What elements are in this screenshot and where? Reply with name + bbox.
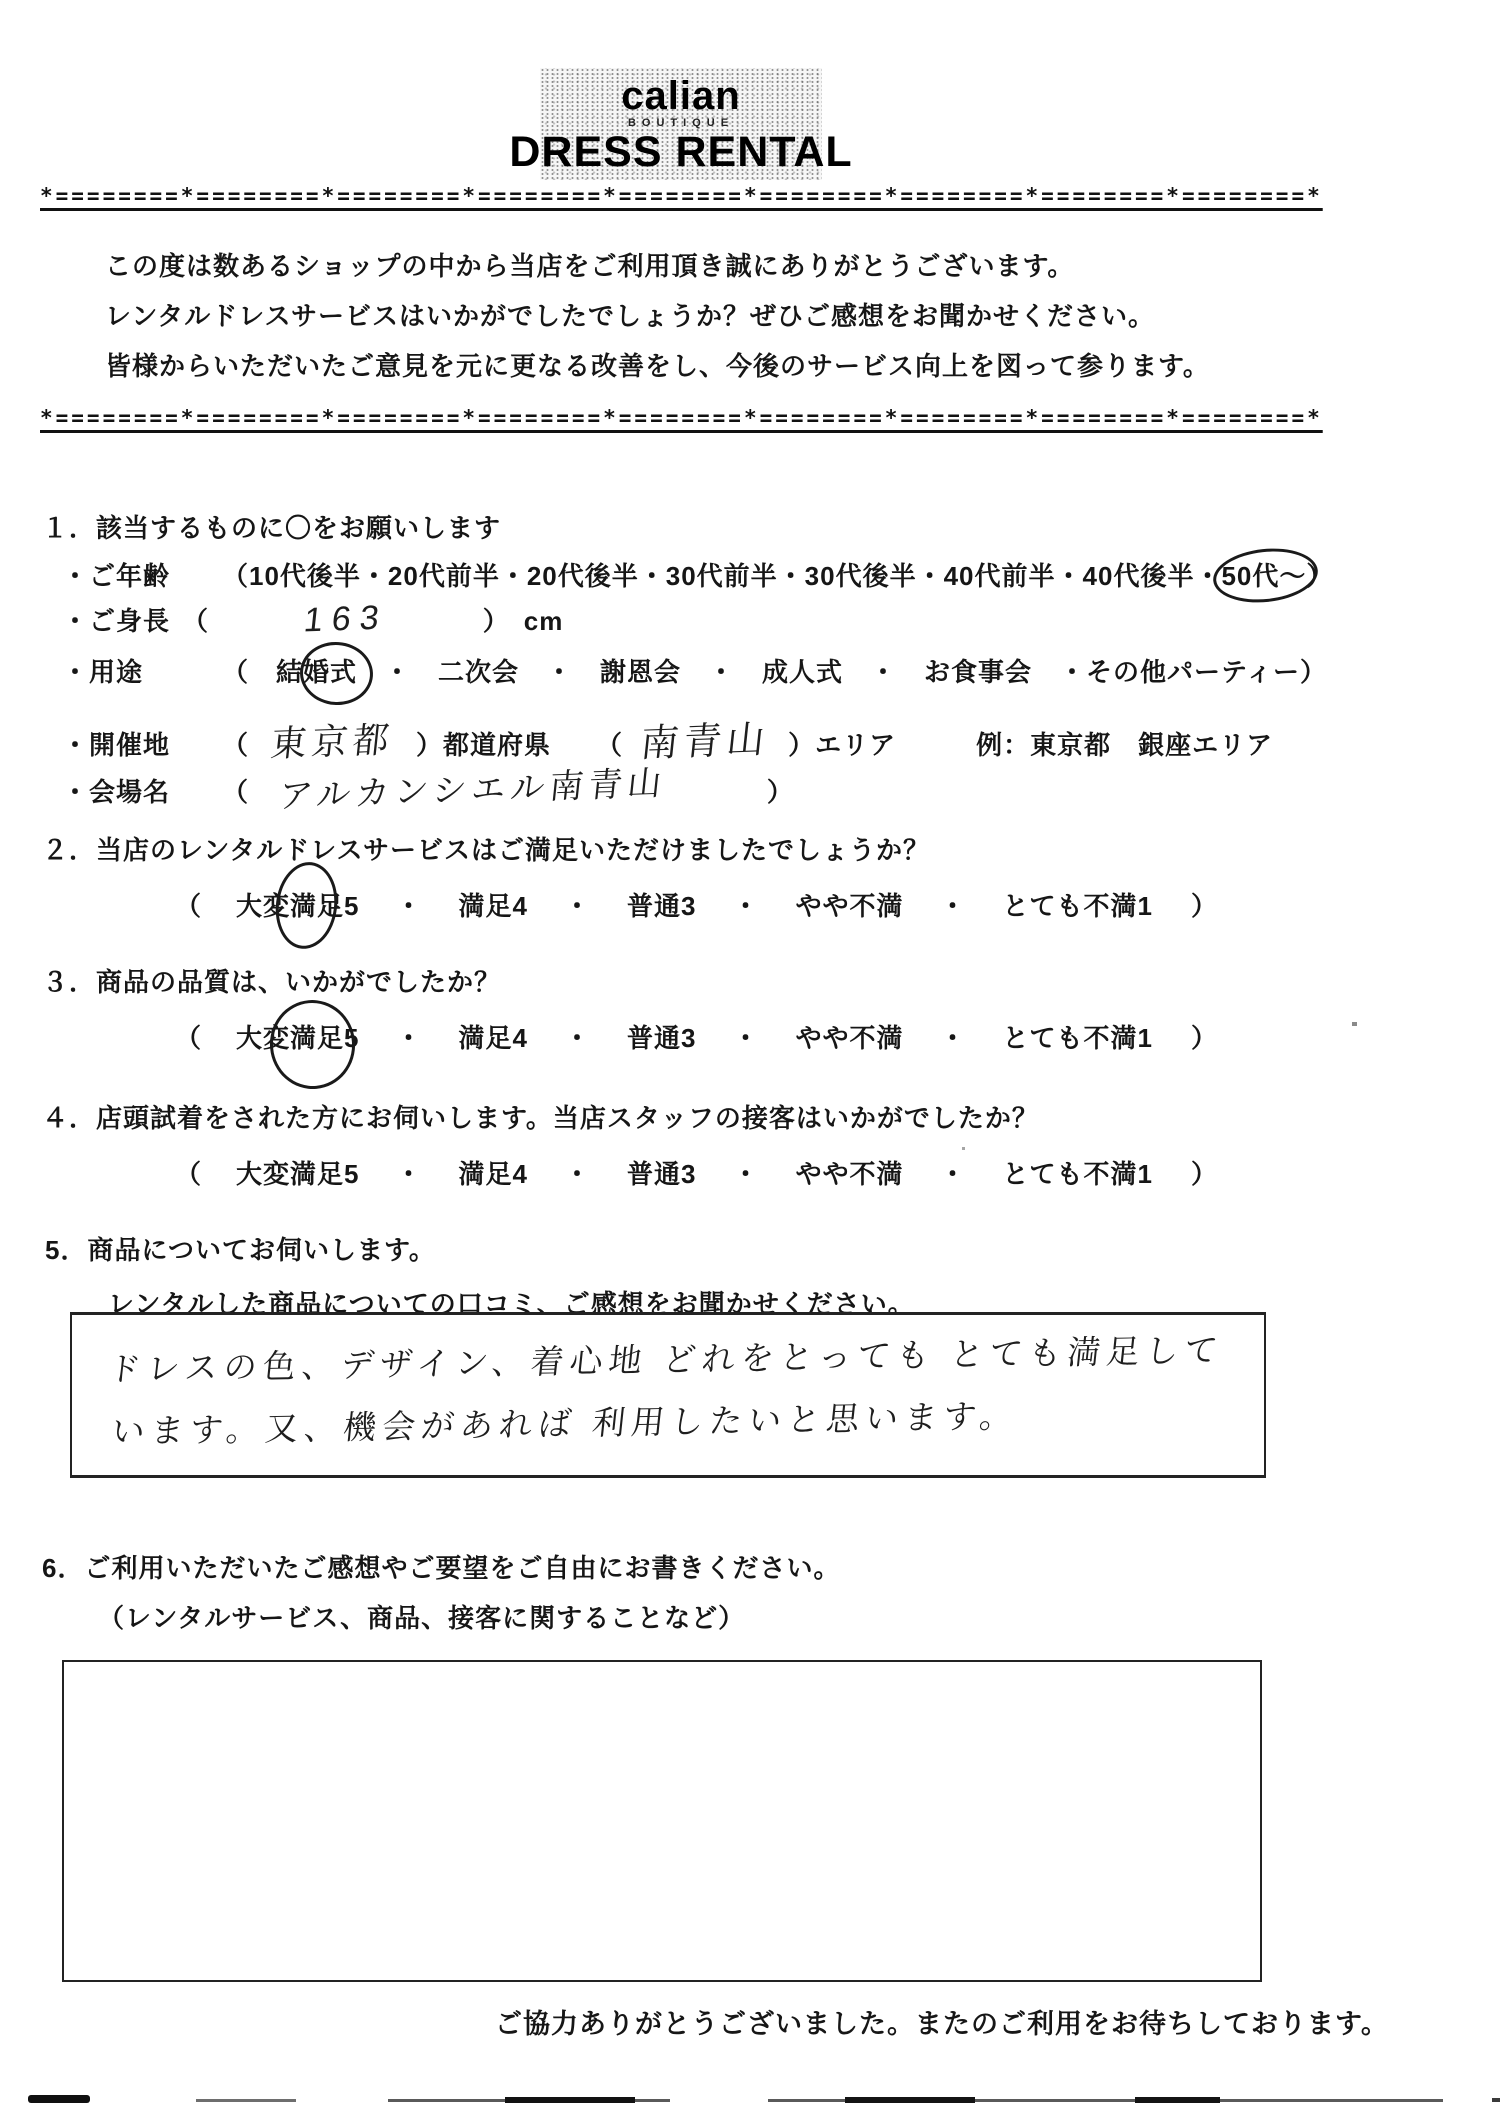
scan-artifact-line <box>196 2099 296 2102</box>
purpose-options-text: ・ 二次会 ・ 謝恩会 ・ 成人式 ・ お食事会 ・その他パーティー） <box>357 657 1327 687</box>
q3-option-satisfied: 満足4 <box>459 1023 528 1053</box>
dot-separator: ・ <box>732 1159 759 1189</box>
q3-option-very-satisfied: 大変満足5 <box>236 1018 359 1055</box>
q1-height-row: ・ご身長（163）cm <box>62 600 563 639</box>
paren-close: ） <box>1191 1159 1218 1189</box>
q6-heading: 6．ご利用いただいたご感想やご要望をご自由にお書きください。 <box>42 1548 840 1585</box>
paren-open: （ <box>175 1023 202 1053</box>
age-label: ・ご年齢 <box>62 556 222 593</box>
q5-handwritten-line-2: います。又、機会があれば 利用したいと思います。 <box>112 1398 1019 1445</box>
q2-heading: ２．当店のレンタルドレスサービスはご満足いただけましたでしょうか？ <box>42 830 930 867</box>
q3-heading: ３．商品の品質は、いかがでしたか？ <box>42 962 501 999</box>
paren-open: （ <box>175 1159 202 1189</box>
purpose-paren-open: （ <box>222 657 276 687</box>
q3-option-very-dissatisfied: とても不満1 <box>1003 1023 1153 1053</box>
paren-open: （ <box>175 891 202 921</box>
location-label: ・開催地 <box>62 725 222 762</box>
q3-scale-row: （大変満足5・満足4・普通3・やや不満・とても不満1） <box>175 1018 1218 1055</box>
venue-paren-close: ） <box>767 777 794 807</box>
dot-separator: ・ <box>564 1023 591 1053</box>
q4-option-very-satisfied: 大変満足5 <box>236 1159 359 1189</box>
brand-name: calian <box>540 74 822 119</box>
q5-heading: 5．商品についてお伺いします。 <box>45 1230 436 1267</box>
dot-separator: ・ <box>395 1159 422 1189</box>
q2-option-normal: 普通3 <box>627 891 696 921</box>
location-area-suffix: ）エリア <box>788 730 896 760</box>
age-options-text: （10代後半・20代前半・20代後半・30代前半・30代後半・40代前半・40代… <box>222 561 1221 591</box>
q2-option-satisfied: 満足4 <box>459 891 528 921</box>
location-pref-suffix: ）都道府県 <box>416 730 551 760</box>
survey-page: calian BOUTIQUE DRESS RENTAL *========*=… <box>0 0 1500 2127</box>
height-paren-close: ） <box>483 606 510 636</box>
scan-artifact-line <box>28 2095 90 2103</box>
scan-artifact-line <box>1135 2097 1220 2103</box>
dot-separator: ・ <box>939 891 966 921</box>
scan-noise-dot <box>1352 1022 1357 1026</box>
dot-separator: ・ <box>564 891 591 921</box>
height-handwritten-value: 163 <box>302 598 390 640</box>
q4-option-very-dissatisfied: とても不満1 <box>1003 1159 1153 1189</box>
q4-scale-row: （大変満足5・満足4・普通3・やや不満・とても不満1） <box>175 1154 1218 1191</box>
purpose-label: ・用途 <box>62 652 222 689</box>
q1-purpose-row: ・用途（ 結婚式 ・ 二次会 ・ 謝恩会 ・ 成人式 ・ お食事会 ・その他パー… <box>62 652 1327 689</box>
scan-artifact-line <box>505 2097 635 2103</box>
q4-option-slightly-dissatisfied: やや不満 <box>795 1159 903 1189</box>
intro-line-1: この度は数あるショップの中から当店をご利用頂き誠にありがとうございます。 <box>105 246 1074 283</box>
height-label: ・ご身長 <box>62 601 182 638</box>
location-paren-open-1: （ <box>222 730 249 760</box>
age-circled-answer: 50代～ <box>1221 556 1306 593</box>
q4-option-normal: 普通3 <box>627 1159 696 1189</box>
q1-heading: １．該当するものに〇をお願いします <box>42 508 501 545</box>
dot-separator: ・ <box>395 1023 422 1053</box>
q3-option-slightly-dissatisfied: やや不満 <box>795 1023 903 1053</box>
q2-option-very-satisfied: 大変満足5 <box>236 886 359 923</box>
venue-label: ・会場名 <box>62 772 222 809</box>
location-example: 例：東京都 銀座エリア <box>976 730 1273 760</box>
scan-artifact-line <box>1492 2098 1500 2102</box>
prefecture-handwritten-value: 東京都 <box>268 712 396 768</box>
dot-separator: ・ <box>732 891 759 921</box>
location-paren-open-2: （ <box>596 730 623 760</box>
dot-separator: ・ <box>564 1159 591 1189</box>
q4-option-satisfied: 満足4 <box>459 1159 528 1189</box>
q5-handwriting-text-1: ドレスの色、デザイン、着心地 どれをとっても とても満足して <box>106 1324 1227 1391</box>
venue-paren-open: （ <box>222 777 249 807</box>
height-paren-open: （ <box>182 606 209 636</box>
divider-bottom: *========*========*========*========*===… <box>40 406 1323 430</box>
q3-option-normal: 普通3 <box>627 1023 696 1053</box>
dot-separator: ・ <box>395 891 422 921</box>
q5-handwritten-line-1: ドレスの色、デザイン、着心地 どれをとっても とても満足して <box>108 1334 1224 1381</box>
scan-noise-dot <box>962 1147 965 1150</box>
purpose-circled-answer: 結婚式 <box>276 652 357 689</box>
dot-separator: ・ <box>939 1023 966 1053</box>
scan-artifact-line <box>845 2097 975 2103</box>
q5-handwriting-text-2: います。又、機会があれば 利用したいと思います。 <box>110 1390 1022 1453</box>
venue-handwritten-value: アルカンシエル南青山 <box>277 755 670 818</box>
footer-thanks: ご協力ありがとうございました。またのご利用をお待ちしております。 <box>495 2002 1389 2041</box>
q1-venue-row: ・会場名（アルカンシエル南青山） <box>62 762 794 811</box>
q1-age-row: ・ご年齢（10代後半・20代前半・20代後半・30代前半・30代後半・40代前半… <box>62 556 1333 593</box>
q6-comment-box <box>62 1660 1262 1982</box>
q4-heading: ４．店頭試着をされた方にお伺いします。当店スタッフの接客はいかがでしたか？ <box>42 1098 1039 1135</box>
divider-top: *========*========*========*========*===… <box>40 184 1323 208</box>
q2-option-very-dissatisfied: とても不満1 <box>1003 891 1153 921</box>
intro-line-3: 皆様からいただいたご意見を元に更なる改善をし、今後のサービス向上を図って参ります… <box>105 346 1210 383</box>
q2-scale-row: （大変満足5・満足4・普通3・やや不満・とても不満1） <box>175 886 1218 923</box>
age-paren-close: ） <box>1306 561 1333 591</box>
intro-line-2: レンタルドレスサービスはいかがでしたでしょうか？ぜひご感想をお聞かせください。 <box>105 296 1155 333</box>
dot-separator: ・ <box>939 1159 966 1189</box>
paren-close: ） <box>1191 891 1218 921</box>
dress-rental-title: DRESS RENTAL <box>495 128 867 177</box>
dot-separator: ・ <box>732 1023 759 1053</box>
height-unit: cm <box>524 606 564 636</box>
paren-close: ） <box>1191 1023 1218 1053</box>
q2-option-slightly-dissatisfied: やや不満 <box>795 891 903 921</box>
q6-subheading: （レンタルサービス、商品、接客に関することなど） <box>98 1598 745 1635</box>
